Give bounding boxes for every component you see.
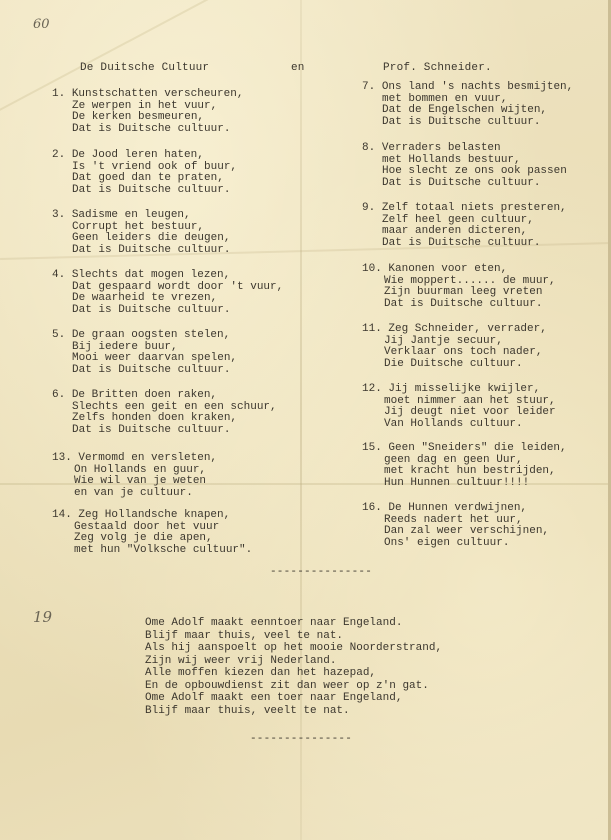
verse-number: 7. [362, 81, 382, 93]
verse-line: Ons' eigen cultuur. [362, 538, 549, 550]
verse-number: 8. [362, 142, 382, 154]
verse-line: en van je cultuur. [52, 488, 217, 500]
verse-line: Dat is Duitsche cultuur. [52, 305, 283, 317]
poem-line: Zijn wij weer vrij Nederland. [145, 655, 442, 668]
verse-line: Die Duitsche cultuur. [362, 359, 547, 371]
verse-line: 13. Vermomd en versleten, [52, 453, 217, 465]
verse-10: 10. Kanonen voor eten,Wie moppert...... … [362, 264, 556, 310]
verse-line: 12. Jij misselijke kwijler, [362, 384, 556, 396]
verse-line: 5. De graan oogsten stelen, [52, 330, 237, 342]
verse-line: 4. Slechts dat mogen lezen, [52, 270, 283, 282]
verse-number: 11. [362, 323, 388, 335]
verse-number: 4. [52, 269, 72, 281]
handwritten-margin-number: 19 [33, 608, 52, 626]
title-connector: en [291, 63, 305, 75]
title-right: Prof. Schneider. [383, 63, 492, 75]
verse-line: Dat is Duitsche cultuur. [52, 365, 237, 377]
poem-line: Als hij aanspoelt op het mooie Noorderst… [145, 642, 442, 655]
verse-11: 11. Zeg Schneider, verrader,Jij Jantje s… [362, 324, 547, 370]
verse-line: Dat is Duitsche cultuur. [362, 117, 573, 129]
verse-line: 6. De Britten doen raken, [52, 390, 277, 402]
verse-line: 14. Zeg Hollandsche knapen, [52, 510, 252, 522]
verse-line: Dat is Duitsche cultuur. [362, 238, 567, 250]
verse-14: 14. Zeg Hollandsche knapen,Gestaald door… [52, 510, 252, 556]
verse-8: 8. Verraders belastenmet Hollands bestuu… [362, 143, 567, 189]
poem-line: Ome Adolf maakt eenntoer naar Engeland. [145, 617, 442, 630]
verse-number: 3. [52, 209, 72, 221]
typewritten-page: 60 19 De Duitsche Cultuur en Prof. Schne… [0, 0, 611, 840]
verse-line: Dat is Duitsche cultuur. [52, 245, 230, 257]
verse-number: 2. [52, 149, 72, 161]
verse-line: 8. Verraders belasten [362, 143, 567, 155]
verse-7: 7. Ons land 's nachts besmijten,met bomm… [362, 82, 573, 128]
verse-2: 2. De Jood leren haten,Is 't vriend ook … [52, 150, 237, 196]
verse-number: 12. [362, 383, 388, 395]
verse-line: Dat is Duitsche cultuur. [362, 178, 567, 190]
verse-3: 3. Sadisme en leugen,Corrupt het bestuur… [52, 210, 230, 256]
verse-line: Hun Hunnen cultuur!!!! [362, 478, 567, 490]
title-left: De Duitsche Cultuur [80, 63, 209, 75]
verse-line: 10. Kanonen voor eten, [362, 264, 556, 276]
verse-number: 10. [362, 263, 388, 275]
verse-number: 1. [52, 88, 72, 100]
poem-line: Ome Adolf maakt een toer naar Engeland, [145, 692, 442, 705]
verse-4: 4. Slechts dat mogen lezen,Dat gespaard … [52, 270, 283, 316]
verse-9: 9. Zelf totaal niets presteren,Zelf heel… [362, 203, 567, 249]
verse-line: 15. Geen "Sneiders" die leiden, [362, 443, 567, 455]
verse-line: 7. Ons land 's nachts besmijten, [362, 82, 573, 94]
verse-line: Dat is Duitsche cultuur. [52, 425, 277, 437]
verse-line: 2. De Jood leren haten, [52, 150, 237, 162]
verse-number: 5. [52, 329, 72, 341]
verse-line: Dat is Duitsche cultuur. [52, 124, 243, 136]
verse-line: Dat is Duitsche cultuur. [362, 299, 556, 311]
poem-line: En de opbouwdienst zit dan weer op z'n g… [145, 680, 442, 693]
poem-line: Blijf maar thuis, veelt te nat. [145, 705, 442, 718]
verse-line: Dat is Duitsche cultuur. [52, 185, 237, 197]
section-divider: --------------- [270, 566, 372, 578]
verse-line: 9. Zelf totaal niets presteren, [362, 203, 567, 215]
verse-line: 1. Kunstschatten verscheuren, [52, 89, 243, 101]
verse-12: 12. Jij misselijke kwijler,moet nimmer a… [362, 384, 556, 430]
verse-6: 6. De Britten doen raken,Slechts een gei… [52, 390, 277, 436]
verse-number: 6. [52, 389, 72, 401]
second-poem: Ome Adolf maakt eenntoer naar Engeland.B… [145, 617, 442, 717]
end-divider: --------------- [250, 733, 352, 745]
verse-number: 9. [362, 202, 382, 214]
poem-line: Alle moffen kiezen dan het hazepad, [145, 667, 442, 680]
verse-number: 15. [362, 442, 388, 454]
verse-16: 16. De Hunnen verdwijnen,Reeds nadert he… [362, 503, 549, 549]
poem-line: Blijf maar thuis, veel te nat. [145, 630, 442, 643]
verse-line: met hun "Volksche cultuur". [52, 545, 252, 557]
verse-line: Van Hollands cultuur. [362, 419, 556, 431]
verse-line: 11. Zeg Schneider, verrader, [362, 324, 547, 336]
handwritten-page-number: 60 [33, 17, 50, 32]
verse-line: 16. De Hunnen verdwijnen, [362, 503, 549, 515]
verse-number: 13. [52, 452, 78, 464]
verse-1: 1. Kunstschatten verscheuren,Ze werpen i… [52, 89, 243, 135]
verse-13: 13. Vermomd en versleten,On Hollands en … [52, 453, 217, 499]
verse-line: 3. Sadisme en leugen, [52, 210, 230, 222]
verse-number: 14. [52, 509, 78, 521]
verse-15: 15. Geen "Sneiders" die leiden,geen dag … [362, 443, 567, 489]
verse-5: 5. De graan oogsten stelen,Bij iedere bu… [52, 330, 237, 376]
verse-number: 16. [362, 502, 388, 514]
